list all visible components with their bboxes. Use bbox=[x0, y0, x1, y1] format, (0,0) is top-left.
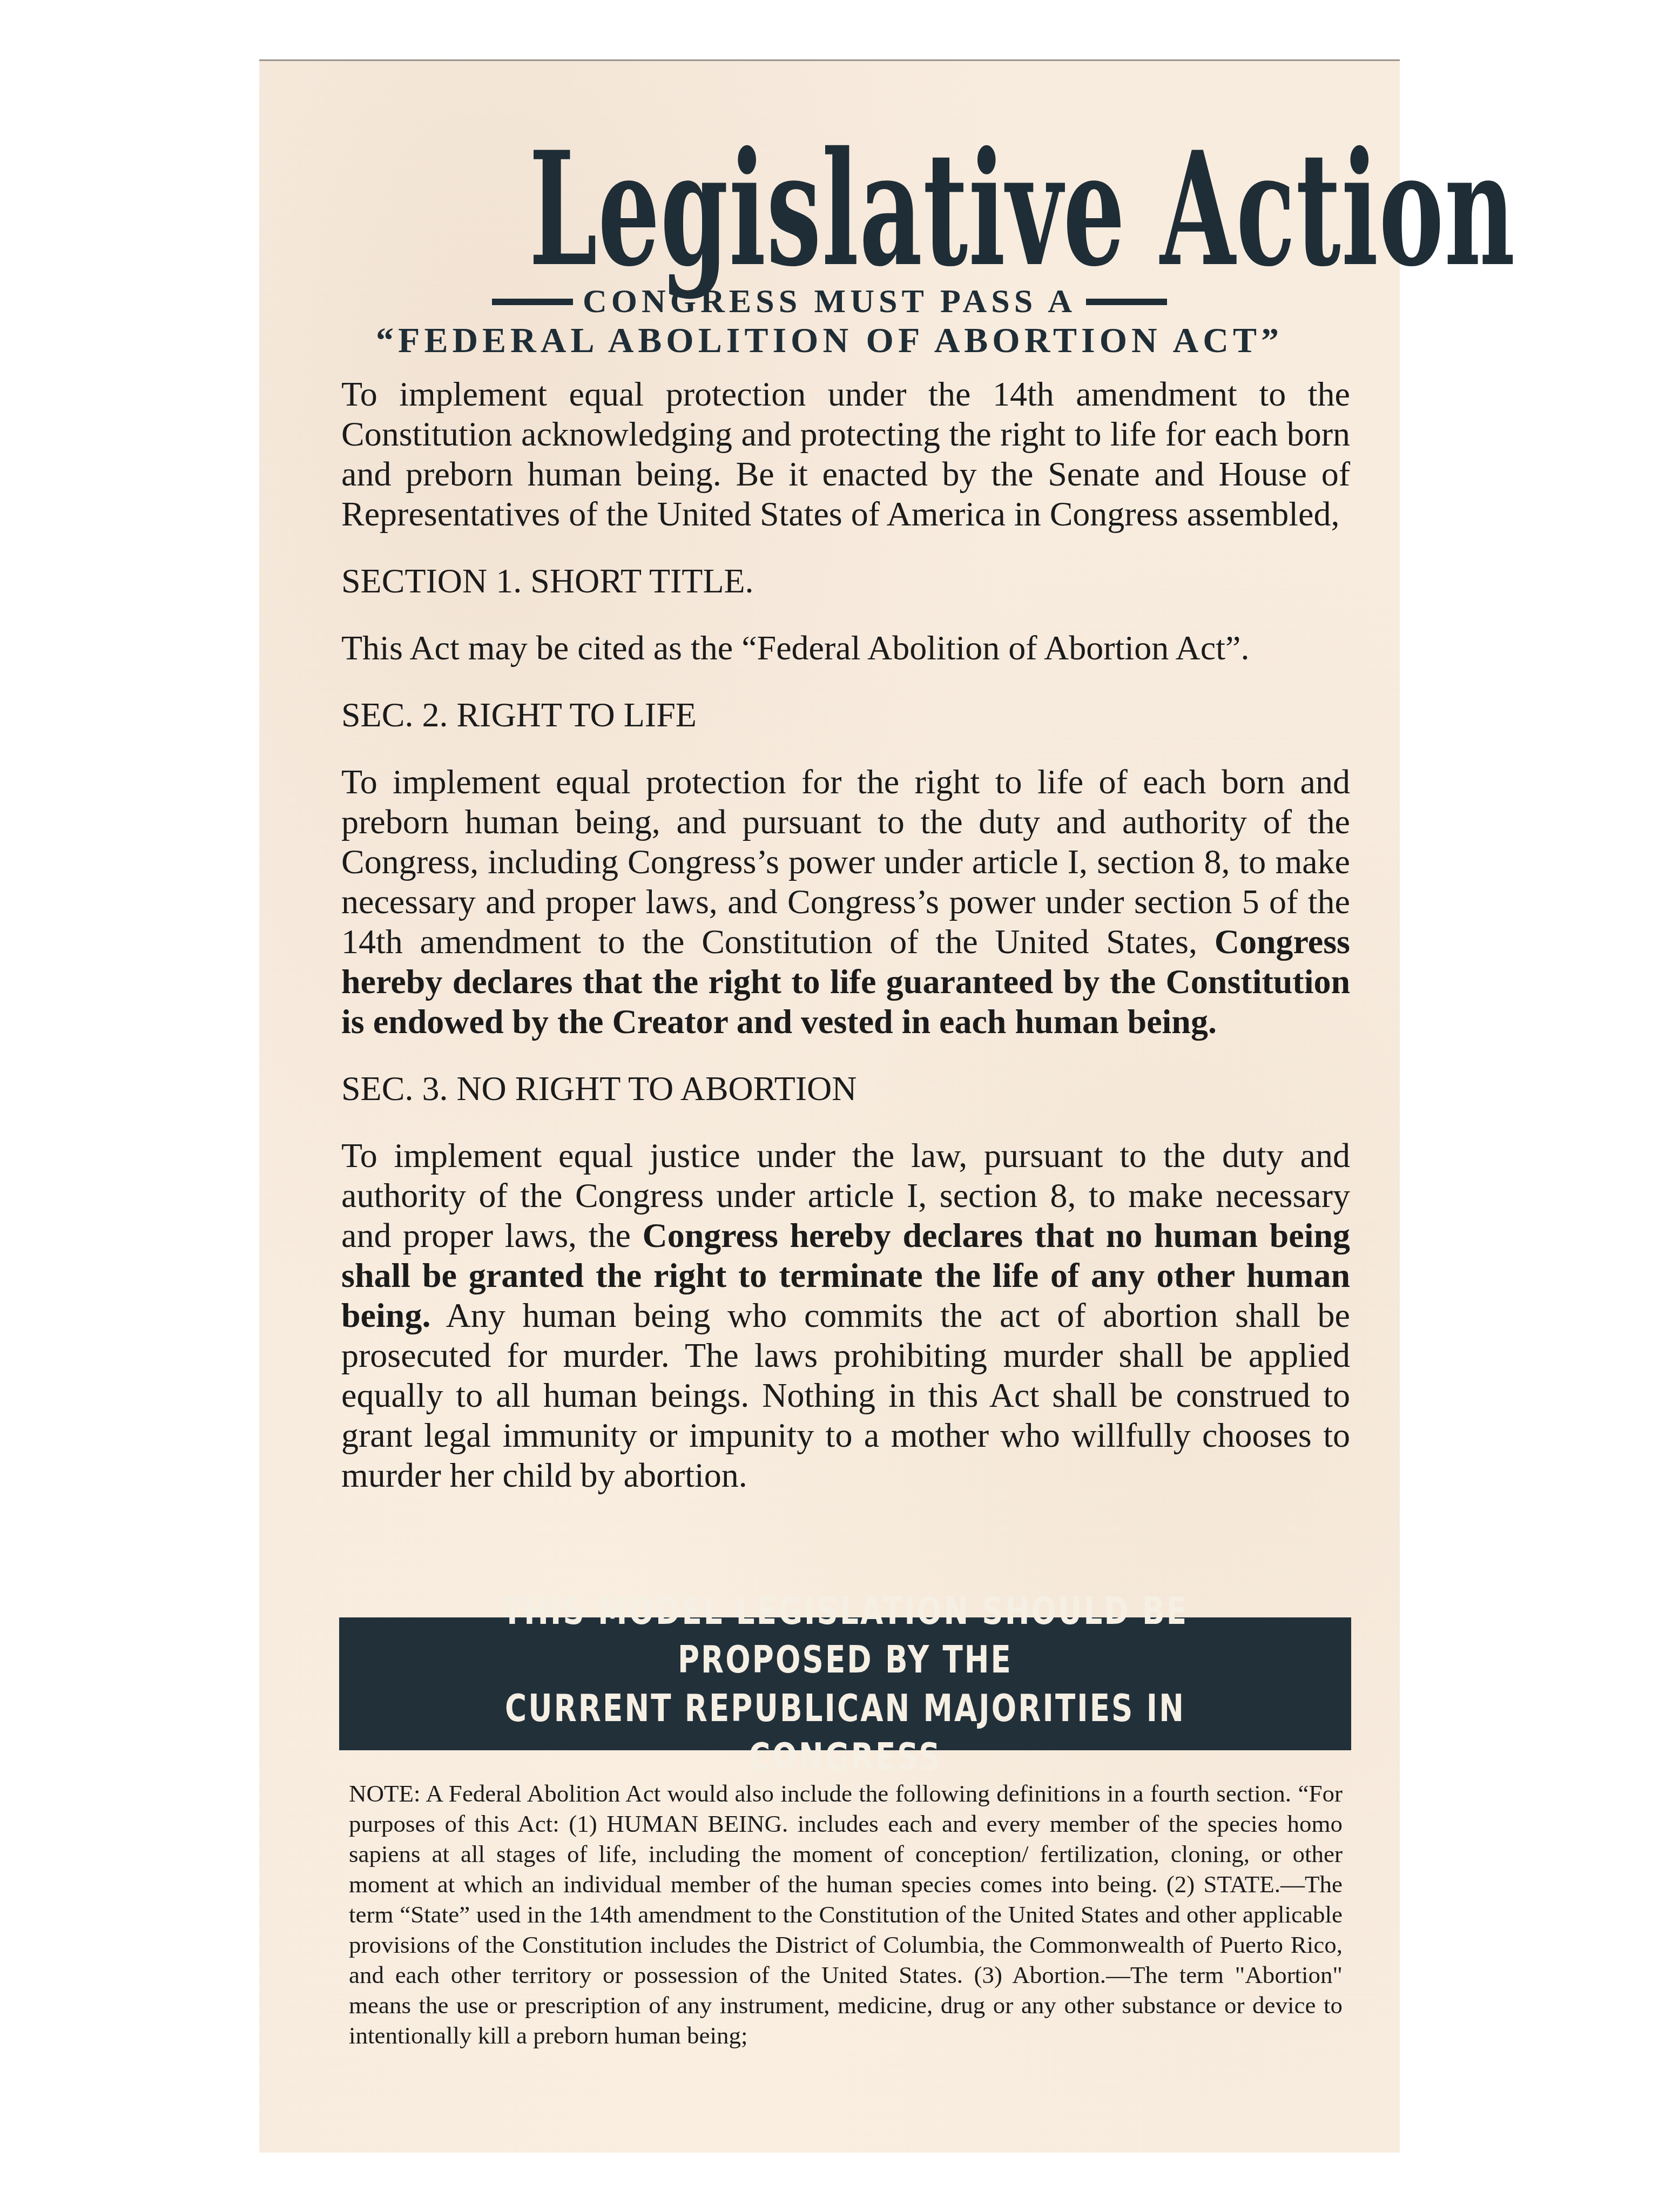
section2-text: To implement equal protection for the ri… bbox=[341, 762, 1350, 1042]
page-title: Legislative Action bbox=[529, 131, 1145, 288]
divider-left bbox=[492, 299, 573, 305]
section2-heading: SEC. 2. RIGHT TO LIFE bbox=[341, 695, 1350, 735]
subtitle-text: CONGRESS MUST PASS A bbox=[583, 282, 1076, 321]
document-body: To implement equal protection under the … bbox=[341, 374, 1350, 1522]
section2-plain: To implement equal protection for the ri… bbox=[341, 763, 1350, 961]
banner-line-1: THIS MODEL LEGISLATION SHOULD BE PROPOSE… bbox=[450, 1587, 1240, 1684]
document-page: Legislative Action CONGRESS MUST PASS A … bbox=[259, 59, 1400, 2153]
section3-text: To implement equal justice under the law… bbox=[341, 1136, 1350, 1495]
subtitle: CONGRESS MUST PASS A bbox=[259, 282, 1400, 321]
section1-text: This Act may be cited as the “Federal Ab… bbox=[341, 628, 1350, 668]
section3-plain-after: Any human being who commits the act of a… bbox=[341, 1296, 1350, 1494]
preamble: To implement equal protection under the … bbox=[341, 374, 1350, 534]
banner-line-2: CURRENT REPUBLICAN MAJORITIES IN CONGRES… bbox=[450, 1684, 1240, 1781]
act-name: “FEDERAL ABOLITION OF ABORTION ACT” bbox=[259, 320, 1400, 361]
divider-right bbox=[1086, 299, 1167, 305]
section1-heading: SECTION 1. SHORT TITLE. bbox=[341, 561, 1350, 601]
section3-heading: SEC. 3. NO RIGHT TO ABORTION bbox=[341, 1069, 1350, 1109]
footnote: NOTE: A Federal Abolition Act would also… bbox=[349, 1778, 1343, 2051]
call-to-action-banner: THIS MODEL LEGISLATION SHOULD BE PROPOSE… bbox=[339, 1617, 1351, 1750]
